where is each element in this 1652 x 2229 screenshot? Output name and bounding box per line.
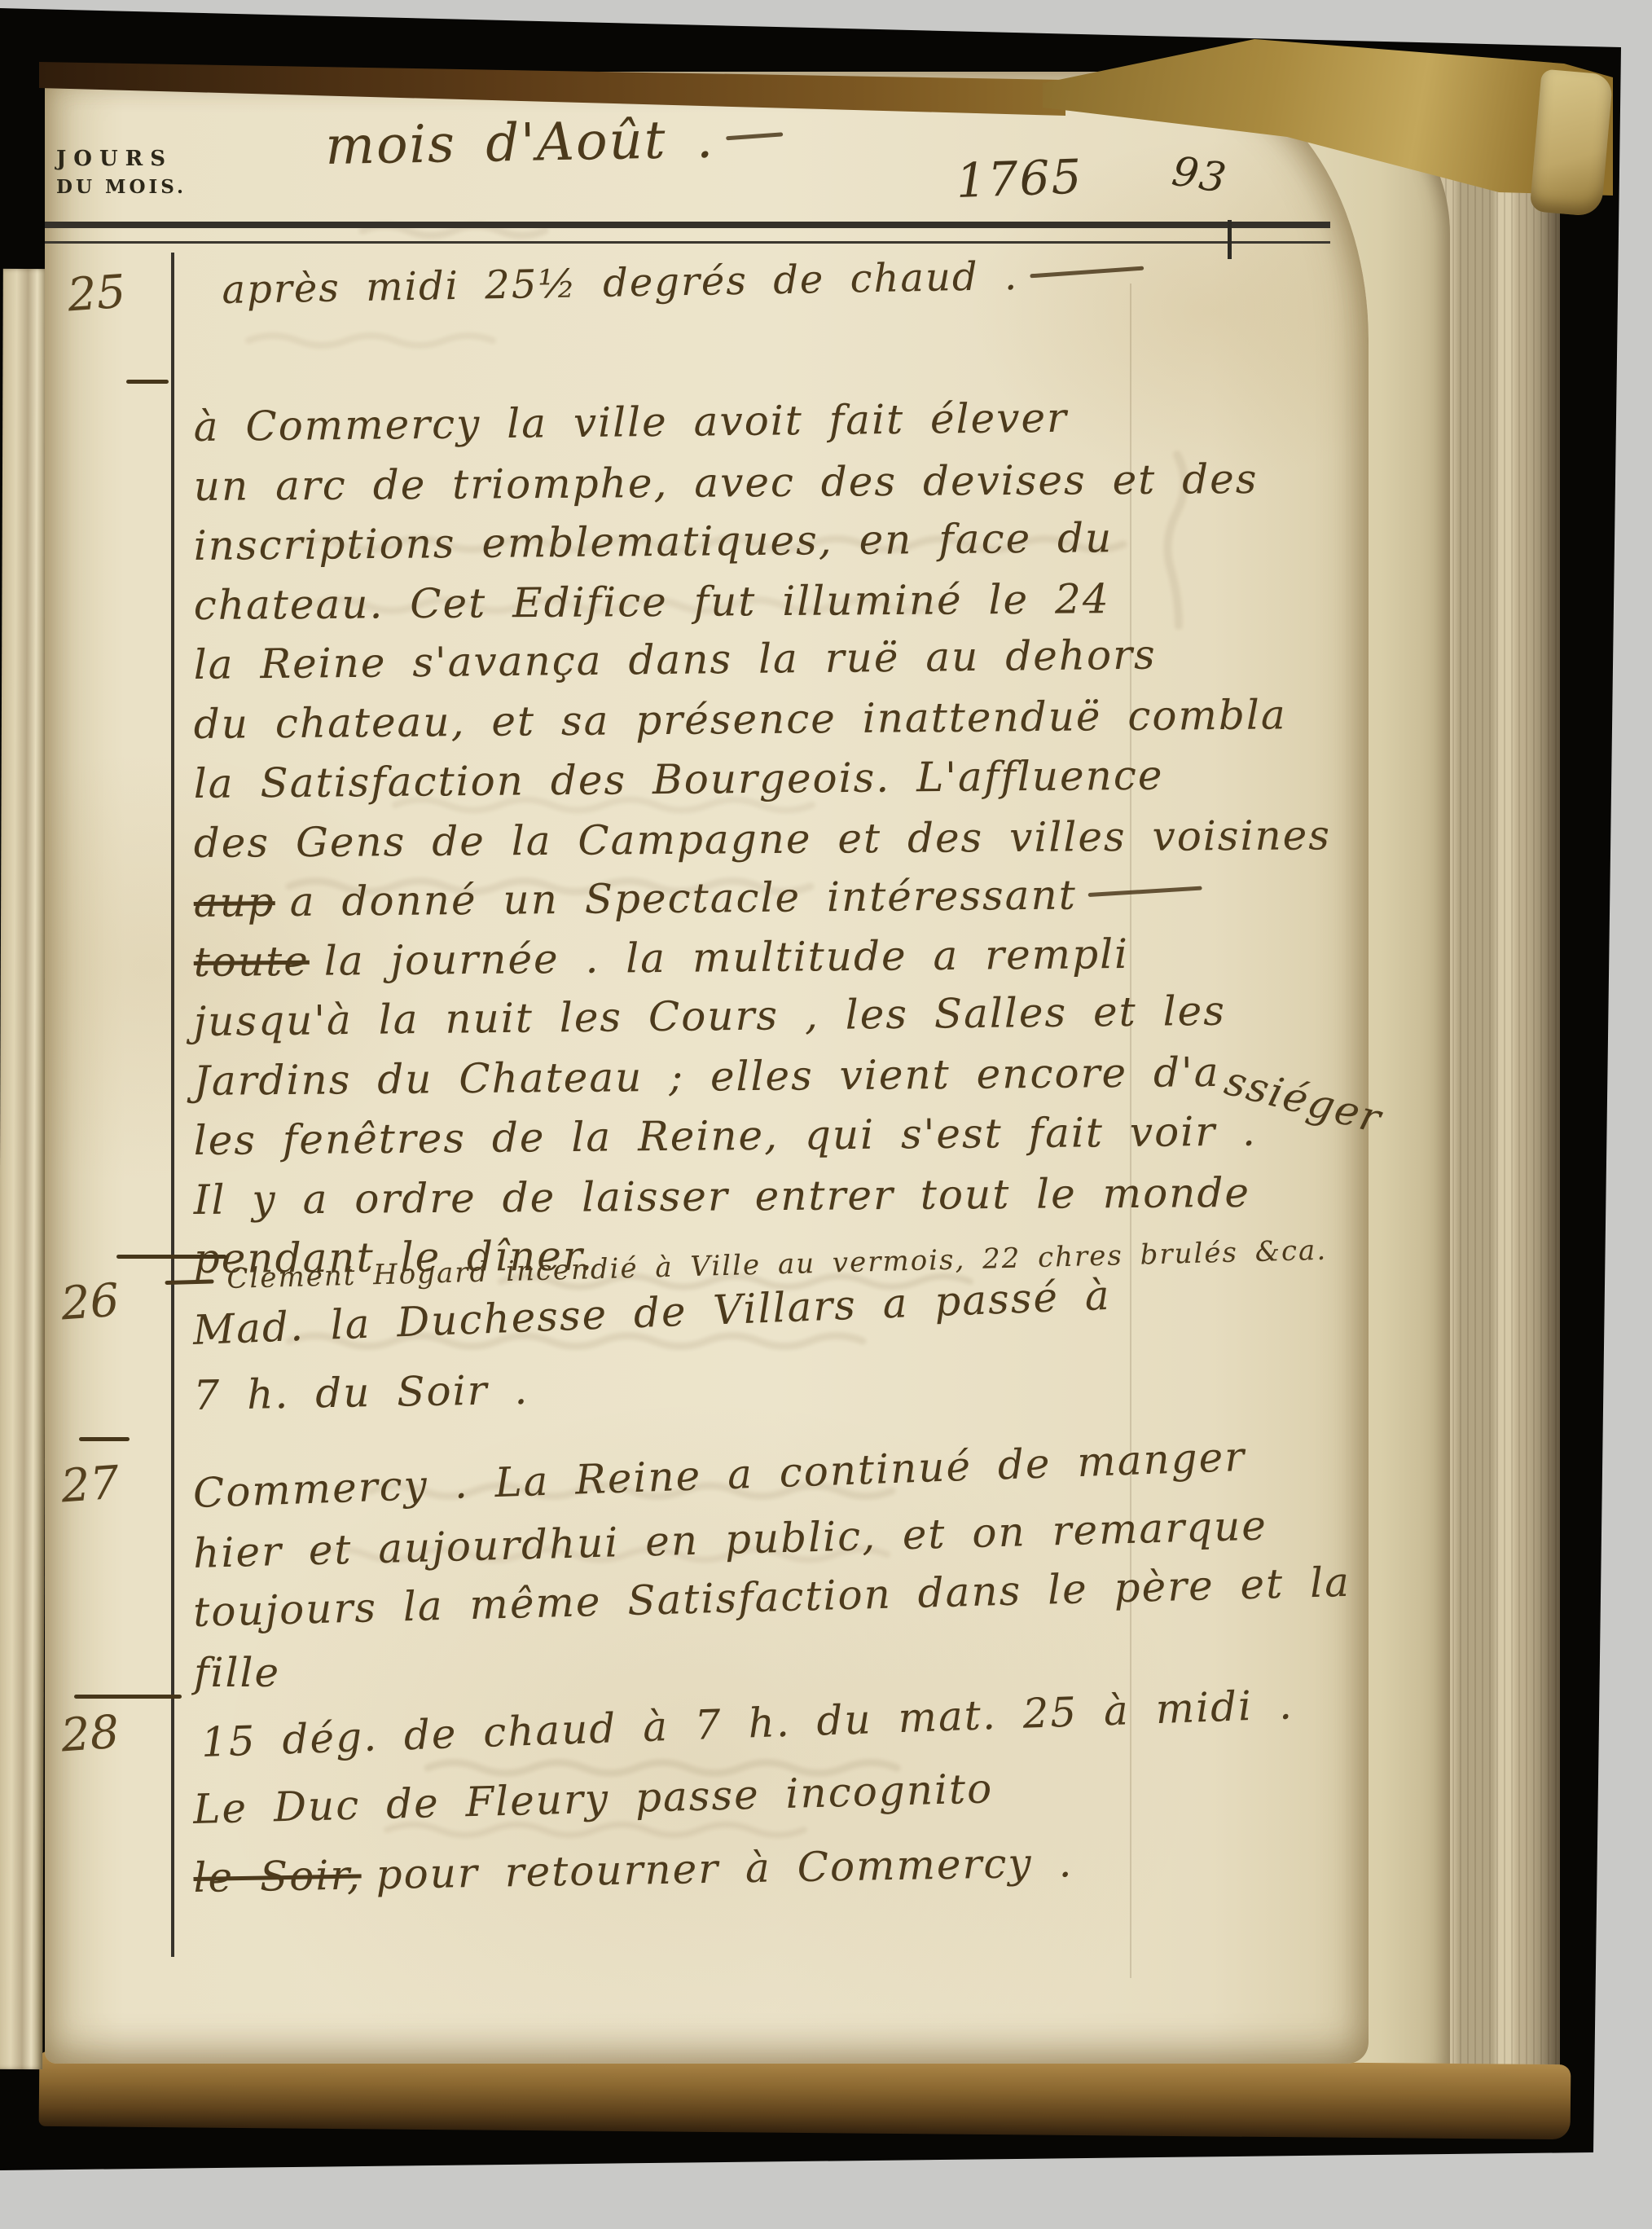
manuscript-line: toutela journée . la multitude a rempli	[193, 930, 1129, 986]
margin-tick	[74, 1695, 182, 1699]
printed-label-line1: JOURS	[56, 147, 187, 171]
line-text: a donné un Spectacle intéressant	[290, 872, 1078, 925]
margin-tick	[126, 380, 169, 384]
line-text: la Reine s'avança dans la ruë au dehors	[193, 631, 1157, 688]
manuscript-line: un arc de triomphe, avec des devises et …	[194, 455, 1259, 510]
line-text: les fenêtres de la Reine, qui s'est fait…	[193, 1108, 1257, 1164]
manuscript-line: chateau. Cet Edifice fut illuminé le 24	[194, 575, 1110, 629]
manuscript-line: la Satisfaction des Bourgeois. L'affluen…	[193, 752, 1163, 807]
margin-tick	[79, 1437, 130, 1441]
pen-flourish	[726, 132, 783, 140]
pen-flourish	[1088, 886, 1202, 898]
margin-tick	[116, 1255, 226, 1259]
manuscript-line: aupa donné un Spectacle intéressant	[193, 870, 1202, 926]
manuscript-line: la Reine s'avança dans la ruë au dehors	[193, 631, 1157, 688]
struck-words: le Soir,	[193, 1851, 362, 1901]
day-number-27: 27	[59, 1457, 121, 1514]
line-text: Jardins du Chateau ; elles vient encore …	[193, 1049, 1219, 1105]
book-bottom-edge	[39, 2051, 1571, 2139]
month-title-text: mois d'Août .	[325, 110, 715, 177]
page-number-text: 93	[1169, 147, 1231, 203]
struck-word: toute	[193, 938, 310, 986]
manuscript-line: des Gens de la Campagne et des villes vo…	[194, 811, 1332, 867]
page-number: 93	[1169, 147, 1231, 203]
line-text: la Satisfaction des Bourgeois. L'affluen…	[193, 752, 1163, 807]
day-number-text: 25	[66, 266, 128, 323]
printed-label-line2: DU MOIS.	[56, 176, 187, 198]
header-rule-thin	[45, 241, 1330, 244]
manuscript-line: Il y a ordre de laisser entrer tout le m…	[194, 1169, 1251, 1224]
day-number-26: 26	[59, 1274, 121, 1331]
pen-dash	[165, 1279, 213, 1285]
scanned-manuscript: { "header": { "days_label_line1": "JOURS…	[0, 0, 1652, 2229]
printed-days-of-month-label: JOURS DU MOIS.	[56, 147, 187, 198]
right-margin-cap	[1228, 220, 1232, 259]
month-title: mois d'Août .	[325, 108, 784, 177]
manuscript-line: à Commercy la ville avoit fait élever	[193, 394, 1068, 451]
year: 1765	[956, 149, 1084, 209]
manuscript-line: 7 h. du Soir .	[193, 1366, 529, 1419]
manuscript-line: les fenêtres de la Reine, qui s'est fait…	[193, 1108, 1257, 1164]
line-text: inscriptions emblematiques, en face du	[193, 514, 1113, 569]
struck-word: aup	[193, 878, 275, 926]
line-text: Il y a ordre de laisser entrer tout le m…	[194, 1169, 1251, 1224]
day-number-text: 26	[59, 1274, 121, 1331]
line-text: un arc de triomphe, avec des devises et …	[194, 455, 1259, 510]
line-text: la journée . la multitude a rempli	[324, 930, 1130, 985]
line-text: des Gens de la Campagne et des villes vo…	[194, 811, 1332, 867]
day-number-text: 28	[59, 1706, 121, 1763]
line-text: 7 h. du Soir .	[193, 1366, 529, 1419]
manuscript-line: fille	[194, 1649, 280, 1696]
journal-page: JOURS DU MOIS. mois d'Août . 1765 93 25 …	[45, 72, 1369, 2064]
manuscript-line: inscriptions emblematiques, en face du	[193, 514, 1113, 569]
day-number-28: 28	[59, 1706, 121, 1763]
line-text: à Commercy la ville avoit fait élever	[193, 394, 1068, 451]
day-number-text: 27	[59, 1457, 121, 1514]
day-margin-rule	[171, 253, 174, 1957]
year-text: 1765	[956, 149, 1084, 209]
pen-flourish	[1030, 266, 1144, 279]
line-text: du chateau, et sa présence inattenduë co…	[193, 691, 1286, 748]
line-text: fille	[194, 1649, 280, 1696]
line-text: chateau. Cet Edifice fut illuminé le 24	[194, 575, 1110, 629]
header-rule-thick	[45, 222, 1330, 228]
manuscript-line: du chateau, et sa présence inattenduë co…	[193, 691, 1286, 748]
facing-page-curl	[0, 269, 49, 2069]
binding-torn-chip	[1530, 68, 1614, 217]
day-number-25: 25	[66, 266, 128, 323]
